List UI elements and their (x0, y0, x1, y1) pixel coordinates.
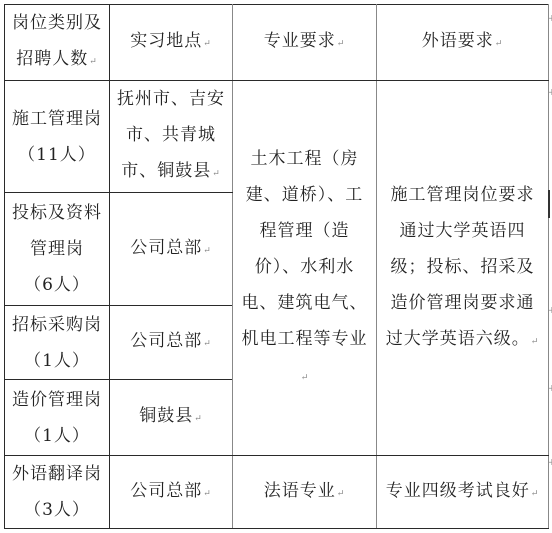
location-cell: 抚州市、吉安市、共青城市、铜鼓县↵ (110, 81, 233, 193)
paragraph-mark-icon: ↵ (194, 414, 203, 424)
position-cell: 外语翻译岗 （3人） (5, 456, 110, 529)
major-requirement-cell: 法语专业↵ (233, 456, 377, 529)
header-language: 外语要求↵ (377, 5, 549, 81)
row-end-mark-icon: + (548, 14, 552, 24)
location-cell: 公司总部↵ (110, 456, 233, 529)
header-location: 实习地点↵ (110, 5, 233, 81)
language-requirement-cell: 专业四级考试良好↵ (377, 456, 549, 529)
location-cell: 公司总部↵ (110, 193, 233, 306)
location-cell: 铜鼓县↵ (110, 380, 233, 456)
recruitment-table: 岗位类别及招聘人数↵ 实习地点↵ 专业要求↵ 外语要求↵ 施工管理岗 （11人）… (4, 4, 549, 529)
paragraph-mark-icon: ↵ (212, 169, 221, 179)
header-position: 岗位类别及招聘人数↵ (5, 5, 110, 81)
major-requirement-cell: 土木工程（房建、道桥）、工程管理（造价）、水利水电、建筑电气、机电工程等专业↵ (233, 81, 377, 456)
location-cell: 公司总部↵ (110, 306, 233, 380)
paragraph-mark-icon: ↵ (203, 246, 212, 256)
header-row: 岗位类别及招聘人数↵ 实习地点↵ 专业要求↵ 外语要求↵ (5, 5, 549, 81)
row-end-mark-icon: + (548, 88, 552, 98)
paragraph-mark-icon: ↵ (337, 489, 346, 499)
position-cell: 投标及资料管理岗 （6人） (5, 193, 110, 306)
row-end-mark-icon: + (548, 384, 552, 394)
paragraph-mark-icon: ↵ (203, 339, 212, 349)
row-end-mark-icon: + (548, 306, 552, 316)
paragraph-mark-icon: ↵ (531, 489, 540, 499)
paragraph-mark-icon: ↵ (203, 489, 212, 499)
language-requirement-cell: 施工管理岗位要求通过大学英语四级；投标、招采及造价管理岗要求通过大学英语六级。↵ (377, 81, 549, 456)
table-row: 外语翻译岗 （3人） 公司总部↵ 法语专业↵ 专业四级考试良好↵ (5, 456, 549, 529)
position-cell: 招标采购岗 （1人） (5, 306, 110, 380)
paragraph-mark-icon: ↵ (495, 39, 504, 49)
text-cursor (548, 190, 550, 218)
paragraph-mark-icon: ↵ (337, 39, 346, 49)
paragraph-mark-icon: ↵ (531, 337, 540, 347)
paragraph-mark-icon: ↵ (301, 373, 310, 383)
position-cell: 施工管理岗 （11人） (5, 81, 110, 193)
table-row: 施工管理岗 （11人） 抚州市、吉安市、共青城市、铜鼓县↵ 土木工程（房建、道桥… (5, 81, 549, 193)
paragraph-mark-icon: ↵ (89, 57, 98, 67)
position-cell: 造价管理岗 （1人） (5, 380, 110, 456)
header-major: 专业要求↵ (233, 5, 377, 81)
row-end-mark-icon: + (548, 458, 552, 468)
paragraph-mark-icon: ↵ (203, 39, 212, 49)
